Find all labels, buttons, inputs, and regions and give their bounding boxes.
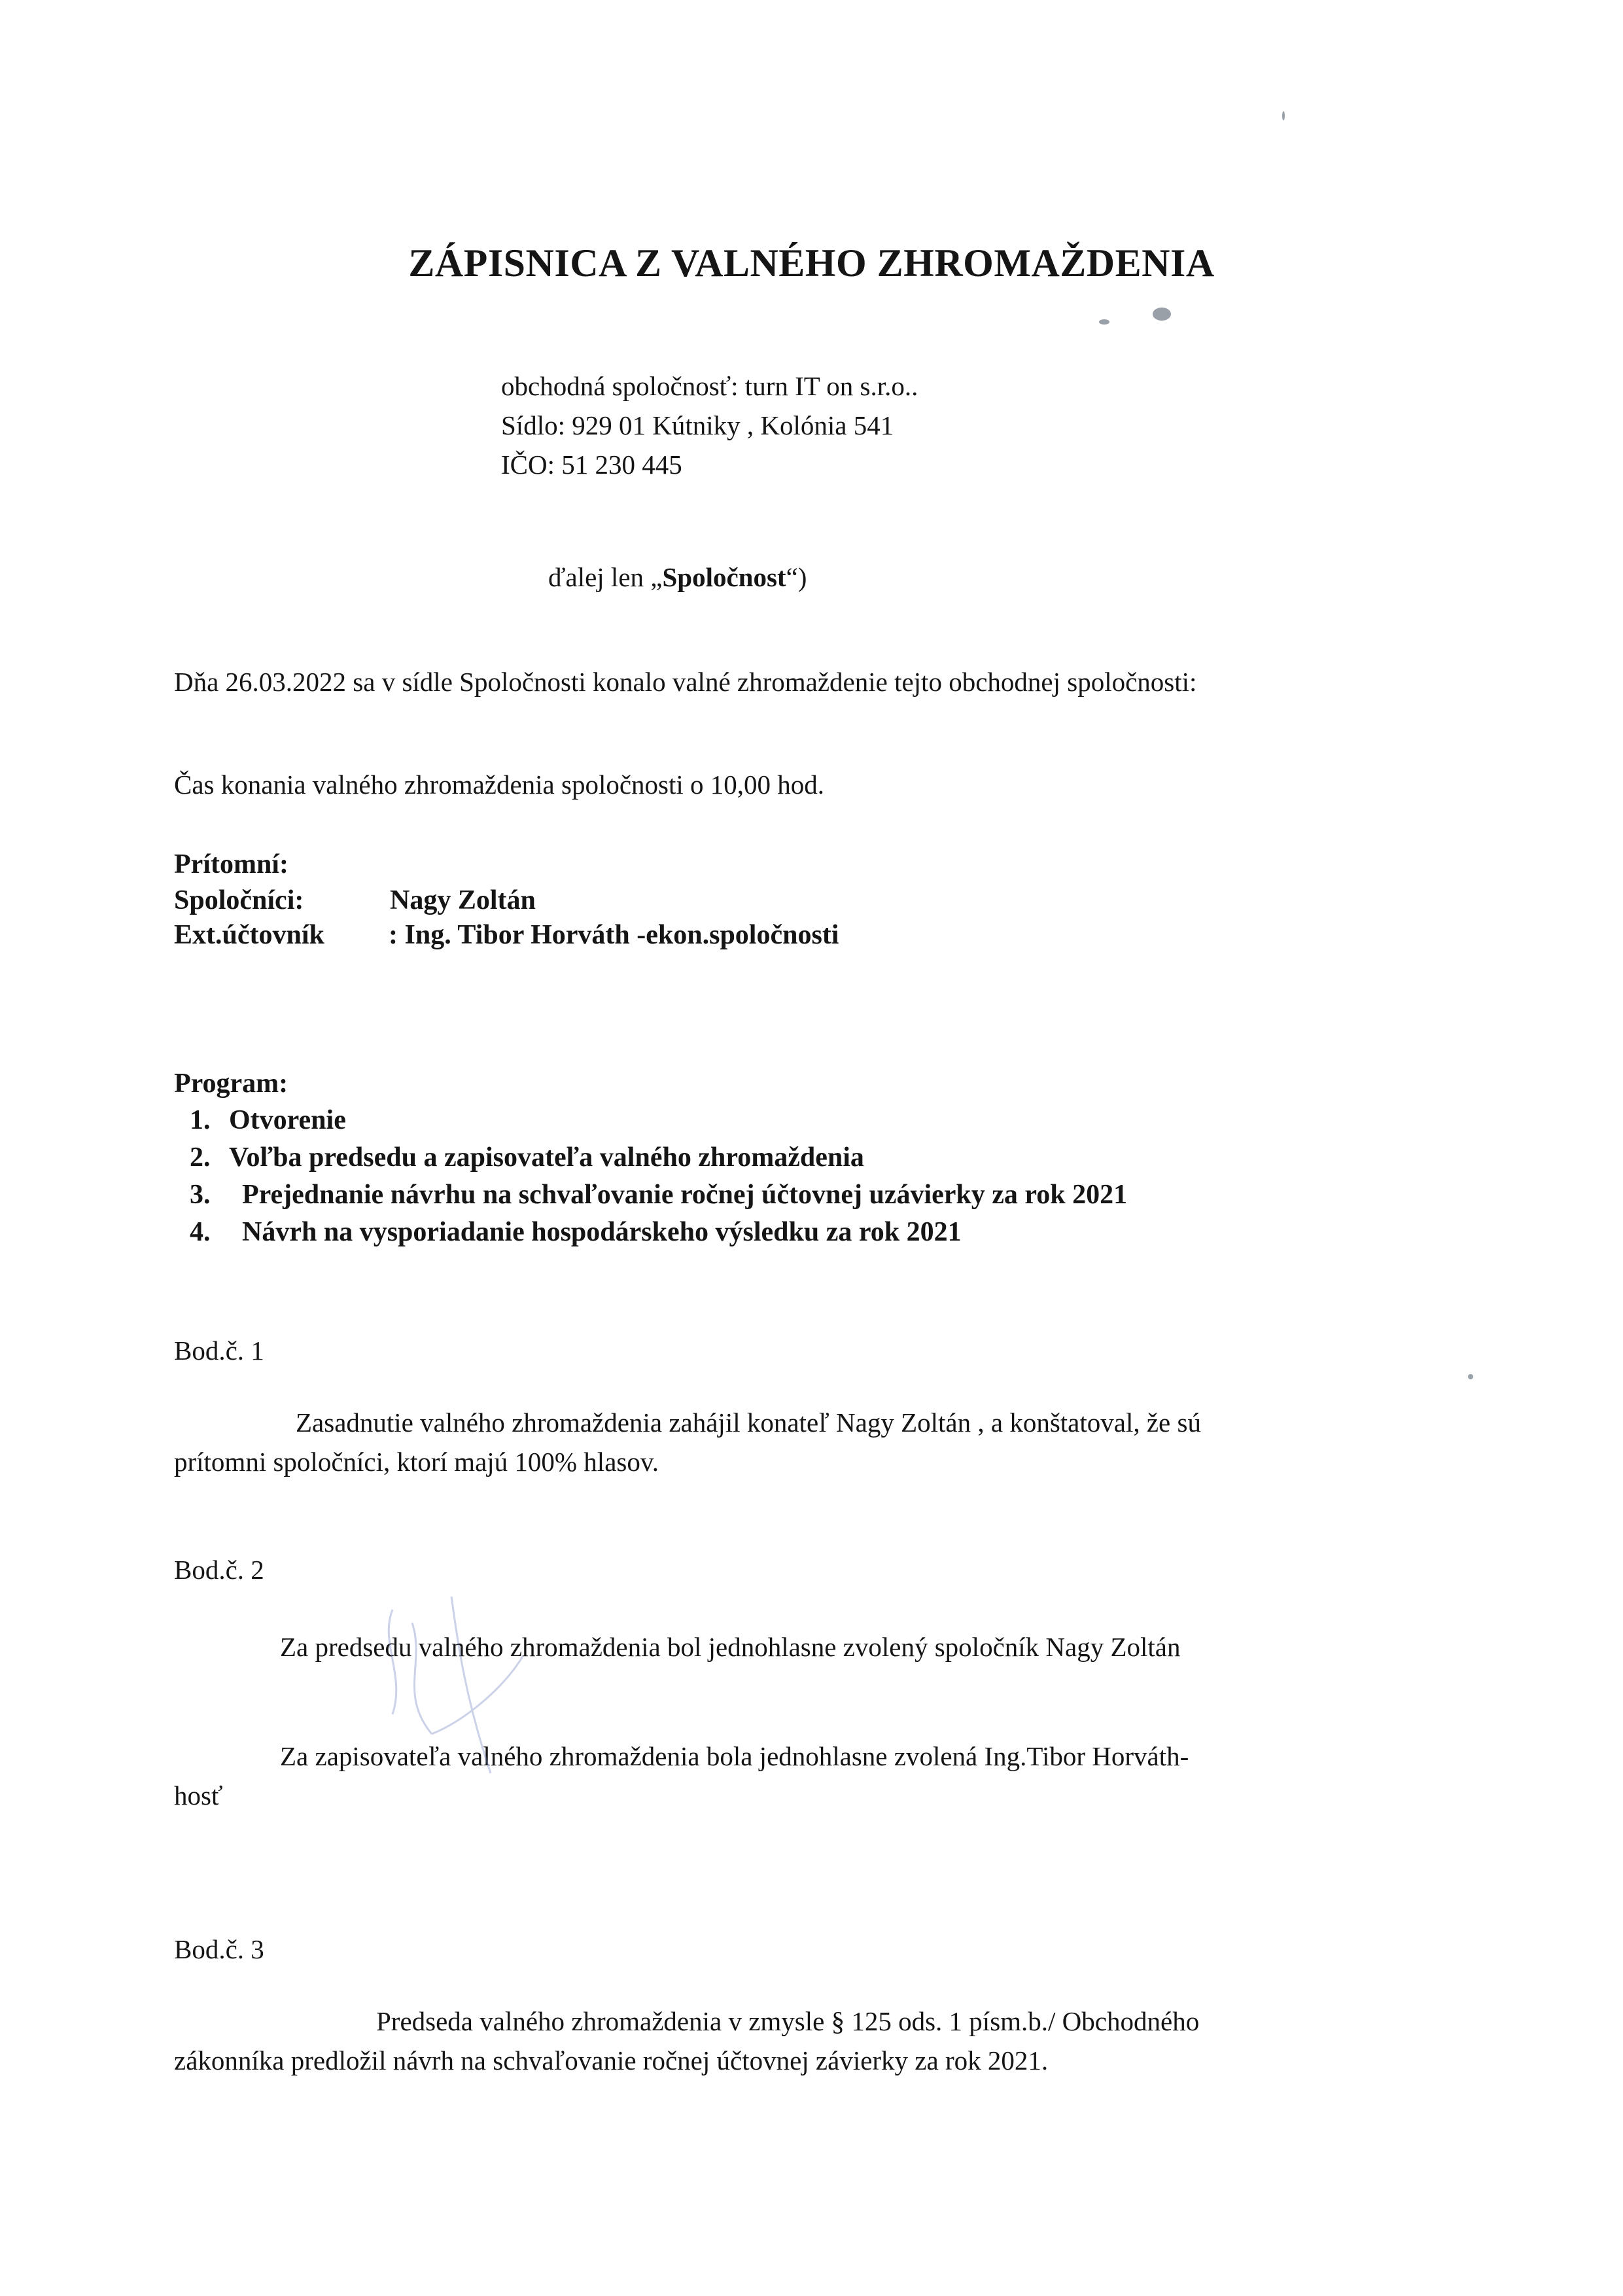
alias-name: Spoločnost — [662, 562, 786, 592]
present-label: Ext.účtovník — [174, 919, 389, 951]
program-item: 3.Prejednanie návrhu na schvaľovanie roč… — [190, 1179, 1127, 1210]
present-row-partners: Spoločníci:Nagy Zoltán — [174, 885, 536, 916]
program-item: 4.Návrh na vysporiadanie hospodárskeho v… — [190, 1216, 962, 1248]
program-heading: Program: — [174, 1068, 288, 1099]
point-3-line: Predseda valného zhromaždenia v zmysle §… — [376, 2005, 1199, 2037]
point-1-heading: Bod.č. 1 — [174, 1335, 264, 1366]
present-row-accountant: Ext.účtovník: Ing. Tibor Horváth -ekon.s… — [174, 919, 839, 951]
scan-speck — [1099, 319, 1109, 325]
alias-prefix: ďalej len „ — [548, 562, 662, 592]
point-2-heading: Bod.č. 2 — [174, 1554, 264, 1585]
company-info: obchodná spoločnosť: turn IT on s.r.o.. … — [501, 366, 918, 484]
point-3-heading: Bod.č. 3 — [174, 1934, 264, 1965]
program-item: 1.Otvorenie — [190, 1104, 346, 1136]
program-item-text: Otvorenie — [229, 1105, 346, 1135]
company-alias: ďalej len „Spoločnost“) — [548, 561, 807, 593]
program-item-text: Voľba predsedu a zapisovateľa valného zh… — [229, 1142, 864, 1173]
scan-speck — [1282, 111, 1285, 120]
company-name-line: obchodná spoločnosť: turn IT on s.r.o.. — [501, 366, 918, 406]
scan-speck — [1153, 308, 1171, 321]
point-1-line: Zasadnutie valného zhromaždenia zahájil … — [296, 1407, 1201, 1438]
signature-mark — [353, 1583, 563, 1780]
program-item-number: 3. — [190, 1179, 242, 1210]
program-item-number: 1. — [190, 1104, 229, 1136]
company-ico-line: IČO: 51 230 445 — [501, 445, 918, 484]
program-item-number: 2. — [190, 1142, 229, 1173]
present-value: : Ing. Tibor Horváth -ekon.spoločnosti — [389, 920, 839, 950]
program-item: 2.Voľba predsedu a zapisovateľa valného … — [190, 1142, 864, 1173]
program-item-number: 4. — [190, 1216, 242, 1248]
present-heading: Prítomní: — [174, 849, 288, 880]
scan-speck — [1468, 1374, 1473, 1379]
company-address-line: Sídlo: 929 01 Kútniky , Kolónia 541 — [501, 406, 918, 445]
document-title: ZÁPISNICA Z VALNÉHO ZHROMAŽDENIA — [0, 241, 1623, 286]
present-value: Nagy Zoltán — [390, 885, 536, 915]
intro-paragraph: Dňa 26.03.2022 sa v sídle Spoločnosti ko… — [174, 666, 1196, 698]
meeting-time: Čas konania valného zhromaždenia spoločn… — [174, 769, 824, 800]
point-3-line: zákonníka predložil návrh na schvaľovani… — [174, 2045, 1048, 2076]
program-item-text: Návrh na vysporiadanie hospodárskeho výs… — [242, 1217, 962, 1247]
present-label: Spoločníci: — [174, 885, 390, 916]
program-item-text: Prejednanie návrhu na schvaľovanie ročne… — [242, 1180, 1127, 1210]
point-1-line: prítomni spoločníci, ktorí majú 100% hla… — [174, 1446, 659, 1477]
alias-suffix: “) — [786, 562, 807, 592]
point-2-line: hosť — [174, 1780, 222, 1811]
